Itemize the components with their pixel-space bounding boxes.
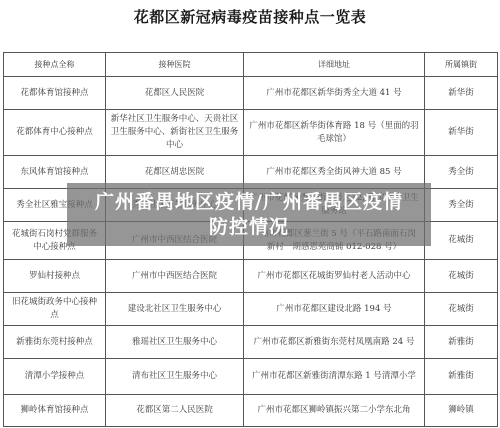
table-row: 清潭小学接种点清布社区卫生服务中心广州市花都区新雅街清潭东路 1 号清潭小学新雅… xyxy=(4,359,498,395)
cell-street: 新华街 xyxy=(425,110,498,156)
cell-address: 广州市花都区建设北路 194 号 xyxy=(244,293,425,326)
header-address: 详细地址 xyxy=(244,53,425,77)
cell-site-name: 花都体育馆接种点 xyxy=(4,77,106,110)
cell-street: 新华街 xyxy=(425,77,498,110)
cell-hospital: 建设北社区卫生服务中心 xyxy=(106,293,244,326)
table-row: 旧花城街政务中心接种点建设北社区卫生服务中心广州市花都区建设北路 194 号花城… xyxy=(4,293,498,326)
cell-address: 广州市花都区狮岭镇振兴第二小学东北角 xyxy=(244,395,425,427)
cell-address: 广州市花都区新雅街清潭东路 1 号清潭小学 xyxy=(244,359,425,395)
cell-address: 广州市花都区新华街体育路 18 号（里面的羽毛球馆） xyxy=(244,110,425,156)
cell-hospital: 雅瑶社区卫生服务中心 xyxy=(106,326,244,359)
cell-street: 新雅街 xyxy=(425,359,498,395)
cell-site-name: 罗仙村接种点 xyxy=(4,260,106,293)
cell-street: 狮岭镇 xyxy=(425,395,498,427)
cell-street: 新雅街 xyxy=(425,326,498,359)
table-row: 狮岭体育馆接种点花都区第二人民医院广州市花都区狮岭镇振兴第二小学东北角狮岭镇 xyxy=(4,395,498,427)
header-hospital: 接种医院 xyxy=(106,53,244,77)
cell-site-name: 花都体育中心接种点 xyxy=(4,110,106,156)
headline-line-1: 广州番禺地区疫情/广州番禺区疫情 xyxy=(95,190,403,215)
cell-address: 广州市花都区新华街秀全大道 41 号 xyxy=(244,77,425,110)
cell-hospital: 花都区人民医院 xyxy=(106,77,244,110)
cell-street: 秀全街 xyxy=(425,156,498,189)
cell-site-name: 清潭小学接种点 xyxy=(4,359,106,395)
headline-line-2: 防控情况 xyxy=(209,215,289,240)
cell-site-name: 旧花城街政务中心接种点 xyxy=(4,293,106,326)
cell-site-name: 狮岭体育馆接种点 xyxy=(4,395,106,427)
cell-street: 花城街 xyxy=(425,222,498,260)
document-title: 花都区新冠病毒疫苗接种点一览表 xyxy=(0,6,500,27)
cell-hospital: 新华社区卫生服务中心、天贵社区卫生服务中心、新街社区卫生服务中心 xyxy=(106,110,244,156)
table-row: 花都体育中心接种点新华社区卫生服务中心、天贵社区卫生服务中心、新街社区卫生服务中… xyxy=(4,110,498,156)
headline-overlay-banner: 广州番禺地区疫情/广州番禺区疫情 防控情况 xyxy=(67,183,431,246)
cell-address: 广州市花都区花城街罗仙村老人活动中心 xyxy=(244,260,425,293)
table-row: 罗仙村接种点广州市中西医结合医院广州市花都区花城街罗仙村老人活动中心花城街 xyxy=(4,260,498,293)
cell-site-name: 新雅街东莞村接种点 xyxy=(4,326,106,359)
cell-street: 花城街 xyxy=(425,293,498,326)
table-row: 新雅街东莞村接种点雅瑶社区卫生服务中心广州市花都区新雅街东莞村凤凰南路 24 号… xyxy=(4,326,498,359)
table-header-row: 接种点全称 接种医院 详细地址 所属镇街 xyxy=(4,53,498,77)
header-street: 所属镇街 xyxy=(425,53,498,77)
header-site-name: 接种点全称 xyxy=(4,53,106,77)
table-row: 花都体育馆接种点花都区人民医院广州市花都区新华街秀全大道 41 号新华街 xyxy=(4,77,498,110)
document-page: 花都区新冠病毒疫苗接种点一览表 接种点全称 接种医院 详细地址 所属镇街 花都体… xyxy=(0,0,500,428)
cell-hospital: 清布社区卫生服务中心 xyxy=(106,359,244,395)
cell-hospital: 广州市中西医结合医院 xyxy=(106,260,244,293)
cell-street: 秀全街 xyxy=(425,189,498,222)
cell-address: 广州市花都区新雅街东莞村凤凰南路 24 号 xyxy=(244,326,425,359)
cell-street: 花城街 xyxy=(425,260,498,293)
cell-hospital: 花都区第二人民医院 xyxy=(106,395,244,427)
